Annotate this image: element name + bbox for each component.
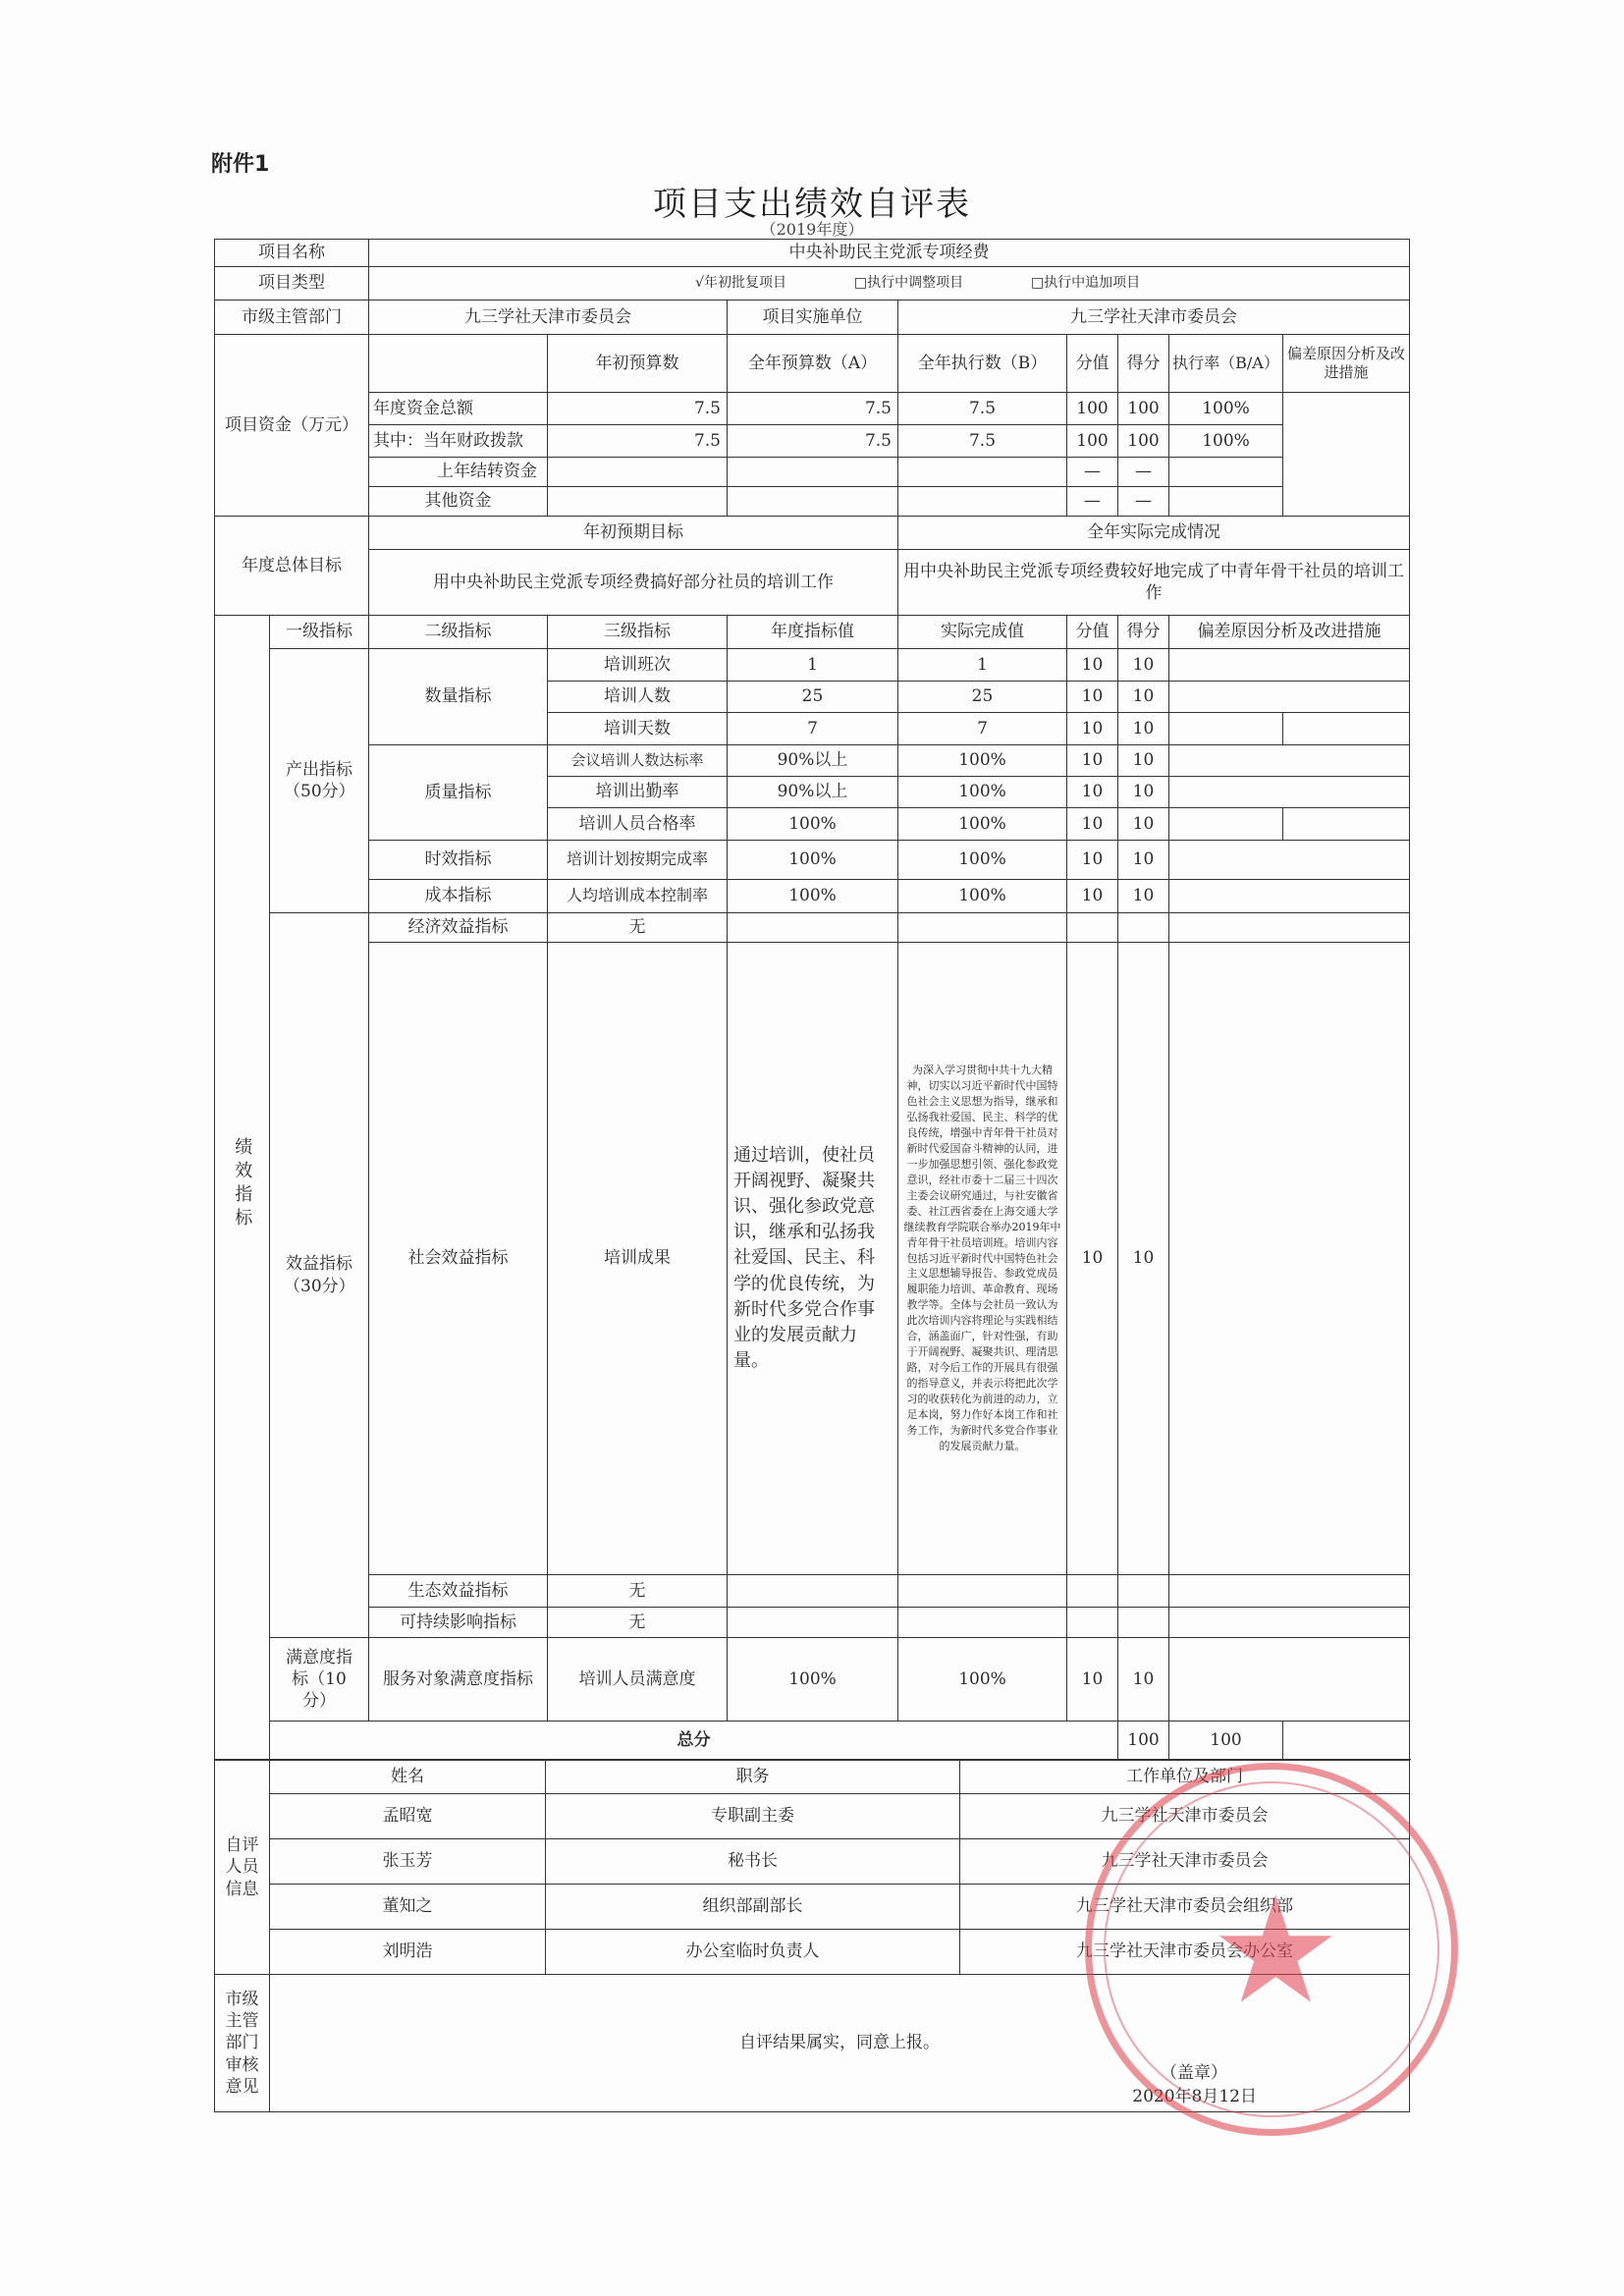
evaluator-name: 董知之	[270, 1885, 546, 1930]
year-label: （2019年度）	[0, 217, 1624, 240]
funds-label: 项目资金（万元）	[215, 335, 369, 517]
timeliness-indicator-label: 时效指标	[369, 841, 548, 880]
funds-score: 100	[1118, 393, 1169, 425]
funds-score: —	[1118, 458, 1169, 487]
sustain-indicator-value: 无	[548, 1608, 728, 1638]
ind-actual: 100%	[898, 745, 1067, 777]
indicators-section-label: 绩效指标	[215, 616, 270, 1760]
funds-header-rate: 执行率（B/A）	[1169, 335, 1283, 393]
ind-header-level1: 一级指标	[270, 616, 369, 649]
ind-target: 100%	[728, 841, 898, 880]
evaluator-header-unit: 工作单位及部门	[960, 1761, 1410, 1794]
evaluator-unit: 九三学社天津市委员会办公室	[960, 1930, 1410, 1975]
ind-score: 10	[1118, 777, 1169, 808]
social-indicator-label: 社会效益指标	[369, 943, 548, 1575]
annex-label: 附件1	[211, 147, 269, 178]
project-name-label: 项目名称	[215, 240, 369, 267]
funds-header-initial: 年初预算数	[548, 335, 728, 393]
evaluator-header-name: 姓名	[270, 1761, 546, 1794]
ind-deviation	[1169, 841, 1410, 880]
ecological-indicator-label: 生态效益指标	[369, 1575, 548, 1608]
total-deviation	[1283, 1722, 1410, 1760]
ind-target: 25	[728, 682, 898, 713]
satisfaction-score-value: 10	[1067, 1638, 1118, 1722]
social-deviation	[1169, 943, 1410, 1575]
evaluator-unit: 九三学社天津市委员会	[960, 1794, 1410, 1839]
evaluator-name: 孟昭宽	[270, 1794, 546, 1839]
social-indicator-actual: 为深入学习贯彻中共十九大精神，切实以习近平新时代中国特色社会主义思想为指导，继承…	[898, 943, 1067, 1575]
funds-executed: 7.5	[898, 425, 1067, 458]
funds-deviation	[1283, 393, 1410, 517]
review-opinion: 自评结果属实，同意上报。	[272, 2032, 1407, 2053]
ind-actual: 25	[898, 682, 1067, 713]
evaluator-position: 办公室临时负责人	[546, 1930, 960, 1975]
total-label: 总分	[270, 1722, 1118, 1760]
funds-executed	[898, 458, 1067, 487]
ind-actual: 100%	[898, 777, 1067, 808]
ind-target: 7	[728, 713, 898, 745]
ind-score-value: 10	[1067, 880, 1118, 913]
evaluators-label: 自评人员信息	[215, 1761, 270, 1975]
funds-rate	[1169, 487, 1283, 517]
project-type-label: 项目类型	[215, 267, 369, 301]
ind-header-score-value: 分值	[1067, 616, 1118, 649]
ind-actual: 100%	[898, 808, 1067, 841]
ind-score-value: 10	[1067, 841, 1118, 880]
ind-actual: 1	[898, 649, 1067, 682]
social-indicator-name: 培训成果	[548, 943, 728, 1575]
ind-name: 培训计划按期完成率	[548, 841, 728, 880]
ind-target: 90%以上	[728, 777, 898, 808]
ind-deviation-extra	[1283, 808, 1410, 841]
ind-score-value: 10	[1067, 649, 1118, 682]
funds-header-score: 得分	[1118, 335, 1169, 393]
funds-header-executed: 全年执行数（B）	[898, 335, 1067, 393]
satisfaction-actual: 100%	[898, 1638, 1067, 1722]
ind-deviation	[1169, 808, 1283, 841]
type-option-initial[interactable]: √年初批复项目	[551, 274, 786, 292]
ind-target: 100%	[728, 808, 898, 841]
ind-target: 1	[728, 649, 898, 682]
project-type-options: √年初批复项目 □执行中调整项目 □执行中追加项目	[369, 267, 1410, 301]
goals-actual: 用中央补助民主党派专项经费较好地完成了中青年骨干社员的培训工作	[898, 550, 1410, 616]
funds-executed: 7.5	[898, 393, 1067, 425]
ind-actual: 100%	[898, 880, 1067, 913]
impl-label: 项目实施单位	[728, 301, 898, 335]
type-option-adjusted[interactable]: □执行中调整项目	[791, 274, 1027, 292]
evaluator-name: 张玉芳	[270, 1839, 546, 1885]
ind-score-value: 10	[1067, 777, 1118, 808]
ind-deviation	[1169, 777, 1410, 808]
ind-header-actual: 实际完成值	[898, 616, 1067, 649]
review-content: 自评结果属实，同意上报。 （盖章） 2020年8月12日	[270, 1975, 1410, 2112]
evaluator-unit: 九三学社天津市委员会	[960, 1839, 1410, 1885]
ind-score: 10	[1118, 682, 1169, 713]
social-score-value: 10	[1067, 943, 1118, 1575]
evaluator-position: 组织部副部长	[546, 1885, 960, 1930]
ind-deviation	[1169, 745, 1410, 777]
ind-score: 10	[1118, 745, 1169, 777]
funds-rate	[1169, 458, 1283, 487]
social-indicator-target: 通过培训，使社员开阔视野、凝聚共识、强化参政党意识，继承和弘扬我社爱国、民主、科…	[728, 943, 898, 1575]
evaluator-position: 专职副主委	[546, 1794, 960, 1839]
goals-expected-header: 年初预期目标	[369, 517, 898, 550]
total-score: 100	[1169, 1722, 1283, 1760]
ind-deviation	[1169, 713, 1283, 745]
ind-target: 90%以上	[728, 745, 898, 777]
review-date: 2020年8月12日	[1132, 2086, 1257, 2107]
funds-initial	[548, 458, 728, 487]
evaluator-header-position: 职务	[546, 1761, 960, 1794]
satisfaction-deviation	[1169, 1638, 1410, 1722]
ind-header-target: 年度指标值	[728, 616, 898, 649]
funds-score-value: —	[1067, 458, 1118, 487]
ind-name: 培训班次	[548, 649, 728, 682]
quantity-indicator-label: 数量指标	[369, 649, 548, 745]
funds-header-score-value: 分值	[1067, 335, 1118, 393]
ind-score-value: 10	[1067, 682, 1118, 713]
satisfaction-target: 100%	[728, 1638, 898, 1722]
goals-actual-header: 全年实际完成情况	[898, 517, 1410, 550]
ind-deviation	[1169, 649, 1410, 682]
ind-target: 100%	[728, 880, 898, 913]
funds-annual	[728, 487, 898, 517]
ind-name: 培训天数	[548, 713, 728, 745]
funds-rate: 100%	[1169, 425, 1283, 458]
ind-score: 10	[1118, 713, 1169, 745]
sustain-indicator-label: 可持续影响指标	[369, 1608, 548, 1638]
ind-score-value: 10	[1067, 713, 1118, 745]
economic-indicator-label: 经济效益指标	[369, 913, 548, 943]
ind-name: 人均培训成本控制率	[548, 880, 728, 913]
satisfaction-name: 培训人员满意度	[548, 1638, 728, 1722]
ind-header-level3: 三级指标	[548, 616, 728, 649]
evaluation-table: 项目名称 中央补助民主党派专项经费 项目类型 √年初批复项目 □执行中调整项目 …	[214, 239, 1410, 1760]
ind-deviation	[1169, 880, 1410, 913]
funds-rate: 100%	[1169, 393, 1283, 425]
funds-score-value: 100	[1067, 393, 1118, 425]
satisfaction-sub-label: 服务对象满意度指标	[369, 1638, 548, 1722]
ind-score: 10	[1118, 808, 1169, 841]
dept-value: 九三学社天津市委员会	[369, 301, 728, 335]
funds-initial: 7.5	[548, 425, 728, 458]
funds-row-name: 其他资金	[369, 487, 548, 517]
goals-expected: 用中央补助民主党派专项经费搞好部分社员的培训工作	[369, 550, 898, 616]
ind-score-value: 10	[1067, 745, 1118, 777]
ecological-indicator-value: 无	[548, 1575, 728, 1608]
type-option-added[interactable]: □执行中追加项目	[1031, 274, 1227, 292]
funds-initial	[548, 487, 728, 517]
ind-score: 10	[1118, 841, 1169, 880]
impl-value: 九三学社天津市委员会	[898, 301, 1410, 335]
ind-name: 会议培训人数达标率	[548, 745, 728, 777]
funds-header-deviation: 偏差原因分析及改进措施	[1283, 335, 1410, 393]
evaluator-name: 刘明浩	[270, 1930, 546, 1975]
funds-row-name: 其中：当年财政拨款	[369, 425, 548, 458]
ind-actual: 100%	[898, 841, 1067, 880]
social-score: 10	[1118, 943, 1169, 1575]
ind-name: 培训出勤率	[548, 777, 728, 808]
economic-indicator-value: 无	[548, 913, 728, 943]
funds-row-name: 上年结转资金	[369, 458, 548, 487]
funds-score: —	[1118, 487, 1169, 517]
total-score-value: 100	[1118, 1722, 1169, 1760]
project-name: 中央补助民主党派专项经费	[369, 240, 1410, 267]
quality-indicator-label: 质量指标	[369, 745, 548, 841]
funds-score-value: 100	[1067, 425, 1118, 458]
funds-header-blank	[369, 335, 548, 393]
evaluator-position: 秘书长	[546, 1839, 960, 1885]
evaluator-unit: 九三学社天津市委员会组织部	[960, 1885, 1410, 1930]
cost-indicator-label: 成本指标	[369, 880, 548, 913]
evaluators-table: 自评人员信息 姓名 职务 工作单位及部门 孟昭宽 专职副主委 九三学社天津市委员…	[214, 1760, 1410, 2112]
funds-score: 100	[1118, 425, 1169, 458]
ind-name: 培训人数	[548, 682, 728, 713]
ind-score: 10	[1118, 649, 1169, 682]
ind-deviation-extra	[1283, 713, 1410, 745]
funds-annual: 7.5	[728, 425, 898, 458]
funds-header-annual: 全年预算数（A）	[728, 335, 898, 393]
ind-name: 培训人员合格率	[548, 808, 728, 841]
review-label: 市级主管部门审核意见	[215, 1975, 270, 2112]
output-indicator-label: 产出指标（50分）	[270, 649, 369, 913]
ind-header-score: 得分	[1118, 616, 1169, 649]
goals-label: 年度总体目标	[215, 517, 369, 616]
funds-row-name: 年度资金总额	[369, 393, 548, 425]
satisfaction-score: 10	[1118, 1638, 1169, 1722]
funds-score-value: —	[1067, 487, 1118, 517]
funds-initial: 7.5	[548, 393, 728, 425]
benefit-indicator-label: 效益指标（30分）	[270, 913, 369, 1638]
funds-annual	[728, 458, 898, 487]
ind-header-deviation: 偏差原因分析及改进措施	[1169, 616, 1410, 649]
review-seal: （盖章）	[1161, 2062, 1227, 2084]
funds-annual: 7.5	[728, 393, 898, 425]
ind-score: 10	[1118, 880, 1169, 913]
ind-actual: 7	[898, 713, 1067, 745]
ind-score-value: 10	[1067, 808, 1118, 841]
dept-label: 市级主管部门	[215, 301, 369, 335]
satisfaction-indicator-label: 满意度指标（10分）	[270, 1638, 369, 1722]
funds-executed	[898, 487, 1067, 517]
ind-header-level2: 二级指标	[369, 616, 548, 649]
ind-deviation	[1169, 682, 1410, 713]
